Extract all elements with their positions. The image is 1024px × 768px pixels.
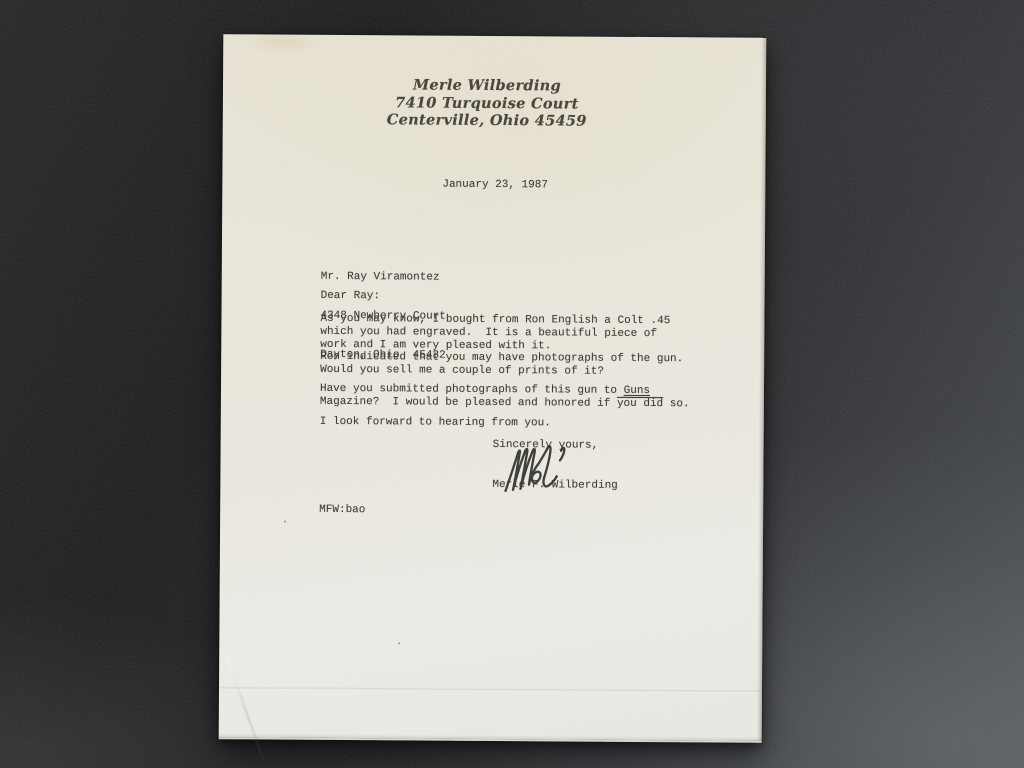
recipient-name: Mr. Ray Viramontez — [321, 271, 447, 285]
letter-paper: Merle Wilberding 7410 Turquoise Court Ce… — [219, 34, 767, 743]
paper-speck — [398, 642, 400, 644]
photo-scene: Merle Wilberding 7410 Turquoise Court Ce… — [0, 0, 1024, 768]
letter-date: January 23, 1987 — [442, 179, 548, 193]
signer-typed-name: Merle F. Wilberding — [492, 479, 618, 493]
body-paragraph-2: Ron indicated that you may have photogra… — [320, 351, 683, 379]
p3-line2-text: Magazine? I would be pleased and honored… — [320, 396, 617, 410]
paper-speck — [284, 521, 286, 523]
body-paragraph-3: Have you submitted photographs of this g… — [320, 383, 690, 411]
letterhead: Merle Wilberding 7410 Turquoise Court Ce… — [247, 75, 727, 131]
body-paragraph-1: As you may know, I bought from Ron Engli… — [320, 313, 670, 354]
body-paragraph-4: I look forward to hearing from you. — [320, 416, 551, 431]
p3-line1-text: Have you submitted photographs of this g… — [320, 383, 624, 397]
paper-crease-horizontal — [219, 686, 762, 694]
salutation: Dear Ray: — [321, 290, 381, 303]
p3-overlined-you-did: you did — [617, 398, 663, 410]
p3-underlined-guns: Guns — [624, 385, 650, 397]
letterhead-address-line2: Centerville, Ohio 45459 — [247, 110, 727, 131]
p3-line2-end: so. — [663, 398, 689, 410]
typist-reference: MFW:bao — [319, 504, 365, 517]
